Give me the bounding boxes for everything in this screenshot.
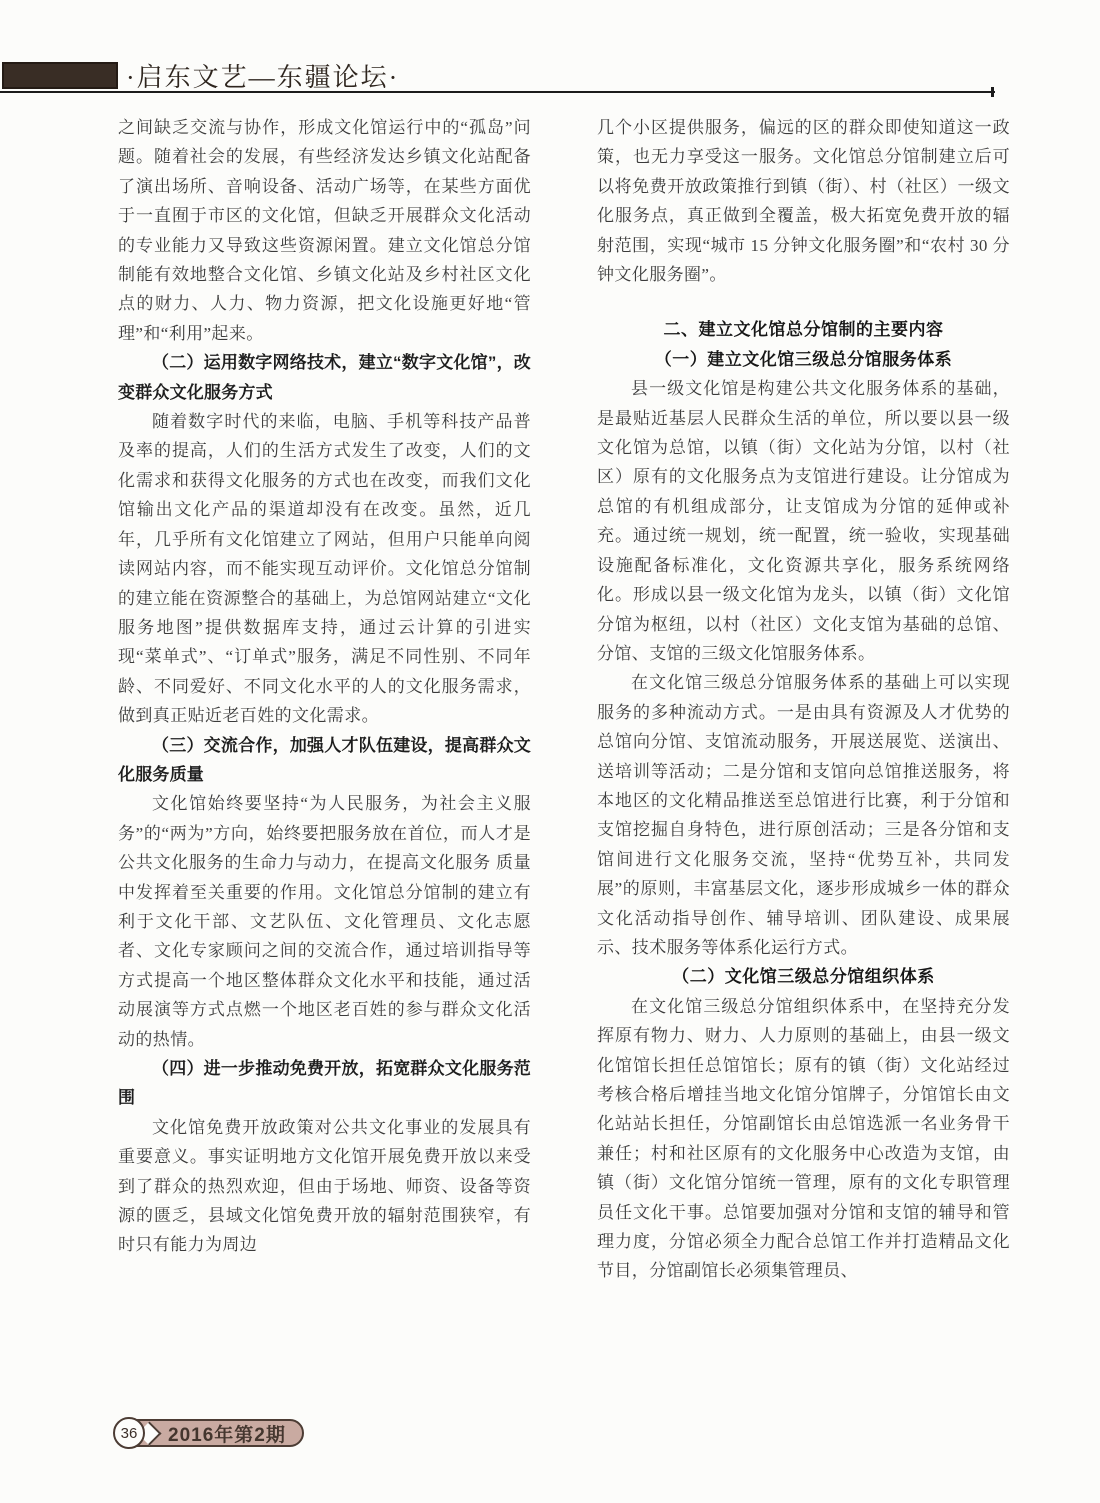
right-column: 几个小区提供服务，偏远的区的群众即使知道这一政策，也无力享受这一服务。文化馆总分… [597, 113, 1010, 1286]
header-rule [0, 91, 995, 93]
issue-label: 2016年第2期 [168, 1420, 286, 1447]
left-column: 之间缺乏交流与协作，形成文化馆运行中的“孤岛”问题。随着社会的发展，有些经济发达… [118, 113, 531, 1260]
header-accent-bar [2, 62, 118, 89]
subsection-heading-4: （四）进一步推动免费开放，拓宽群众文化服务范围 [118, 1054, 531, 1113]
paragraph: 随着数字时代的来临，电脑、手机等科技产品普及率的提高，人们的生活方式发生了改变，… [118, 407, 531, 730]
header-rule-end-tick [991, 87, 994, 97]
paragraph: 在文化馆三级总分馆服务体系的基础上可以实现服务的多种流动方式。一是由具有资源及人… [597, 668, 1010, 962]
page-number: 36 [113, 1417, 145, 1449]
subsection-heading-2-1: （一）建立文化馆三级总分馆服务体系 [597, 345, 1010, 374]
paragraph: 文化馆免费开放政策对公共文化事业的发展具有重要意义。事实证明地方文化馆开展免费开… [118, 1113, 531, 1260]
paragraph: 几个小区提供服务，偏远的区的群众即使知道这一政策，也无力享受这一服务。文化馆总分… [597, 113, 1010, 289]
section-heading-2: 二、建立文化馆总分馆制的主要内容 [597, 315, 1010, 344]
paragraph: 在文化馆三级总分馆组织体系中，在坚持充分发挥原有物力、财力、人力原则的基础上，由… [597, 992, 1010, 1286]
page-number-badge: 36 2016年第2期 [114, 1419, 304, 1447]
subsection-heading-2: （二）运用数字网络技术，建立“数字文化馆”，改变群众文化服务方式 [118, 348, 531, 407]
subsection-heading-2-2: （二）文化馆三级总分馆组织体系 [597, 962, 1010, 991]
journal-header-title: ·启东文艺—东疆论坛· [126, 57, 399, 94]
journal-page: { "header": { "title": "·启东文艺—东疆论坛·", "a… [0, 0, 1100, 1503]
paragraph: 县一级文化馆是构建公共文化服务体系的基础，是最贴近基层人民群众生活的单位，所以要… [597, 374, 1010, 668]
paragraph: 之间缺乏交流与协作，形成文化馆运行中的“孤岛”问题。随着社会的发展，有些经济发达… [118, 113, 531, 348]
paragraph: 文化馆始终要坚持“为人民服务，为社会主义服务”的“两为”方向，始终要把服务放在首… [118, 789, 531, 1054]
subsection-heading-3: （三）交流合作，加强人才队伍建设，提高群众文化服务质量 [118, 731, 531, 790]
